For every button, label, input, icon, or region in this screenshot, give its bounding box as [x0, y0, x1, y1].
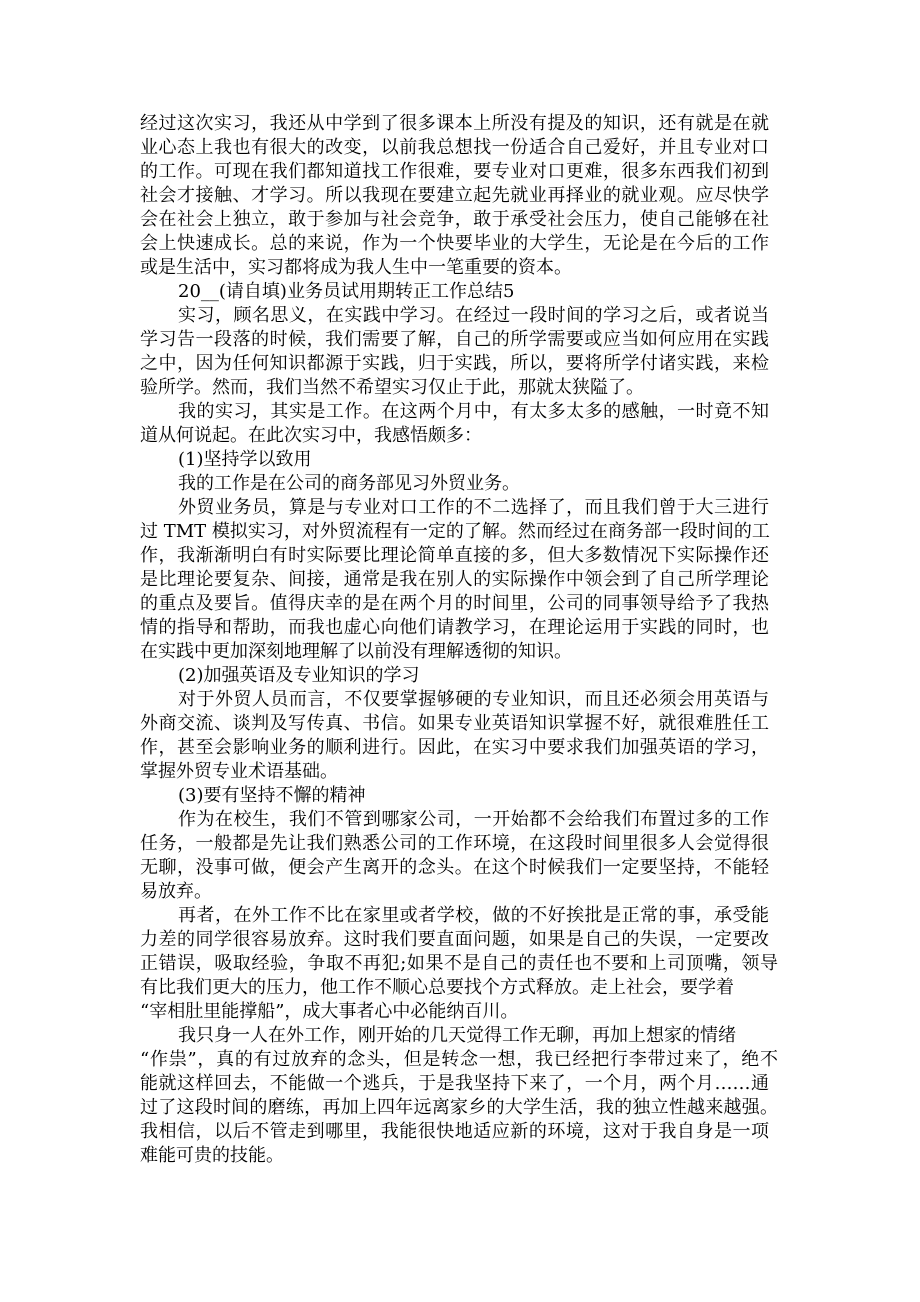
text-line: 作为在校生，我们不管到哪家公司，一开始都不会给我们布置过多的工作	[140, 808, 769, 832]
document-body: 经过这次实习，我还从中学到了很多课本上所没有提及的知识，还有就是在就 业心态上我…	[140, 112, 769, 1168]
text-line: 会在社会上独立，敢于参加与社会竞争，敢于承受社会压力，使自己能够在社	[140, 208, 769, 232]
text-line: 在实践中更加深刻地理解了以前没有理解透彻的知识。	[140, 640, 769, 664]
text-line: 我只身一人在外工作，刚开始的几天觉得工作无聊，再加上想家的情绪	[140, 1024, 769, 1048]
paragraph: 作为在校生，我们不管到哪家公司，一开始都不会给我们布置过多的工作 任务，一般都是…	[140, 808, 769, 904]
text-line: 有比我们更大的压力，他工作不顺心总要找个方式释放。走上社会，要学着	[140, 976, 769, 1000]
text-line: 验所学。然而，我们当然不希望实习仅止于此，那就太狭隘了。	[140, 376, 769, 400]
text-line: “宰相肚里能撑船”，成大事者心中必能纳百川。	[140, 1000, 769, 1024]
text-line: 社会才接触、才学习。所以我现在要建立起先就业再择业的就业观。应尽快学	[140, 184, 769, 208]
paragraph: 我的工作是在公司的商务部见习外贸业务。	[140, 472, 769, 496]
section-heading-text: (1)坚持学以致用	[140, 448, 769, 472]
paragraph: 实习，顾名思义，在实践中学习。在经过一段时间的学习之后，或者说当 学习告一段落的…	[140, 304, 769, 400]
section-heading: (3)要有坚持不懈的精神	[140, 784, 769, 808]
text-line: 之中，因为任何知识都源于实践，归于实践，所以，要将所学付诸实践，来检	[140, 352, 769, 376]
section-heading: (1)坚持学以致用	[140, 448, 769, 472]
paragraph: 外贸业务员，算是与专业对口工作的不二选择了，而且我们曾于大三进行 过 TMT 模…	[140, 496, 769, 664]
document-page: 经过这次实习，我还从中学到了很多课本上所没有提及的知识，还有就是在就 业心态上我…	[0, 0, 920, 1302]
text-line: 能就这样回去，不能做一个逃兵，于是我坚持下来了，一个月，两个月……通	[140, 1072, 769, 1096]
text-line: 任务，一般都是先让我们熟悉公司的工作环境，在这段时间里很多人会觉得很	[140, 832, 769, 856]
text-line: “作祟”，真的有过放弃的念头，但是转念一想，我已经把行李带过来了，绝不	[140, 1048, 778, 1072]
text-line: 掌握外贸专业术语基础。	[140, 760, 769, 784]
text-line: 道从何说起。在此次实习中，我感悟颇多：	[140, 424, 769, 448]
text-line: 我的工作是在公司的商务部见习外贸业务。	[140, 472, 769, 496]
text-line: 无聊，没事可做，便会产生离开的念头。在这个时候我们一定要坚持，不能轻	[140, 856, 769, 880]
text-line: 我的实习，其实是工作。在这两个月中，有太多太多的感触，一时竟不知	[140, 400, 769, 424]
text-line: 实习，顾名思义，在实践中学习。在经过一段时间的学习之后，或者说当	[140, 304, 769, 328]
text-line: 的工作。可现在我们都知道找工作很难，要专业对口更难，很多东西我们初到	[140, 160, 769, 184]
text-line: 是比理论要复杂、间接，通常是我在别人的实际操作中领会到了自己所学理论	[140, 568, 769, 592]
section-heading-text: (2)加强英语及专业知识的学习	[140, 664, 769, 688]
text-line: 再者，在外工作不比在家里或者学校，做的不好挨批是正常的事，承受能	[140, 904, 769, 928]
text-line: 的重点及要旨。值得庆幸的是在两个月的时间里，公司的同事领导给予了我热	[140, 592, 769, 616]
text-line: 对于外贸人员而言，不仅要掌握够硬的专业知识，而且还必须会用英语与	[140, 688, 769, 712]
text-line: 过 TMT 模拟实习，对外贸流程有一定的了解。然而经过在商务部一段时间的工	[140, 520, 769, 544]
text-line: 力差的同学很容易放弃。这时我们要直面问题，如果是自己的失误，一定要改	[140, 928, 769, 952]
text-line: 作，我渐渐明白有时实际要比理论简单直接的多，但大多数情况下实际操作还	[140, 544, 769, 568]
text-line: 正错误，吸取经验，争取不再犯;如果不是自己的责任也不要和上司顶嘴，领导	[140, 952, 778, 976]
text-line: 作，甚至会影响业务的顺利进行。因此，在实习中要求我们加强英语的学习，	[140, 736, 769, 760]
paragraph: 对于外贸人员而言，不仅要掌握够硬的专业知识，而且还必须会用英语与 外商交流、谈判…	[140, 688, 769, 784]
text-line: 我相信，以后不管走到哪里，我能很快地适应新的环境，这对于我自身是一项	[140, 1120, 769, 1144]
paragraph: 我的实习，其实是工作。在这两个月中，有太多太多的感触，一时竟不知 道从何说起。在…	[140, 400, 769, 448]
text-line: 业心态上我也有很大的改变，以前我总想找一份适合自己爱好，并且专业对口	[140, 136, 769, 160]
text-line: 经过这次实习，我还从中学到了很多课本上所没有提及的知识，还有就是在就	[140, 112, 769, 136]
paragraph: 我只身一人在外工作，刚开始的几天觉得工作无聊，再加上想家的情绪 “作祟”，真的有…	[140, 1024, 769, 1168]
text-line: 易放弃。	[140, 880, 769, 904]
text-line: 外贸业务员，算是与专业对口工作的不二选择了，而且我们曾于大三进行	[140, 496, 769, 520]
text-line: 难能可贵的技能。	[140, 1144, 769, 1168]
text-line: 过了这段时间的磨练，再加上四年远离家乡的大学生活，我的独立性越来越强。	[140, 1096, 778, 1120]
section-title-text: 20__(请自填)业务员试用期转正工作总结5	[140, 280, 769, 304]
text-line: 学习告一段落的时候，我们需要了解，自己的所学需要或应当如何应用在实践	[140, 328, 769, 352]
text-line: 情的指导和帮助，而我也虚心向他们请教学习，在理论运用于实践的同时，也	[140, 616, 769, 640]
section-title: 20__(请自填)业务员试用期转正工作总结5	[140, 280, 769, 304]
paragraph: 经过这次实习，我还从中学到了很多课本上所没有提及的知识，还有就是在就 业心态上我…	[140, 112, 769, 280]
text-line: 会上快速成长。总的来说，作为一个快要毕业的大学生，无论是在今后的工作	[140, 232, 769, 256]
text-line: 或是生活中，实习都将成为我人生中一笔重要的资本。	[140, 256, 769, 280]
section-heading: (2)加强英语及专业知识的学习	[140, 664, 769, 688]
section-heading-text: (3)要有坚持不懈的精神	[140, 784, 769, 808]
text-line: 外商交流、谈判及写传真、书信。如果专业英语知识掌握不好，就很难胜任工	[140, 712, 769, 736]
paragraph: 再者，在外工作不比在家里或者学校，做的不好挨批是正常的事，承受能 力差的同学很容…	[140, 904, 769, 1024]
